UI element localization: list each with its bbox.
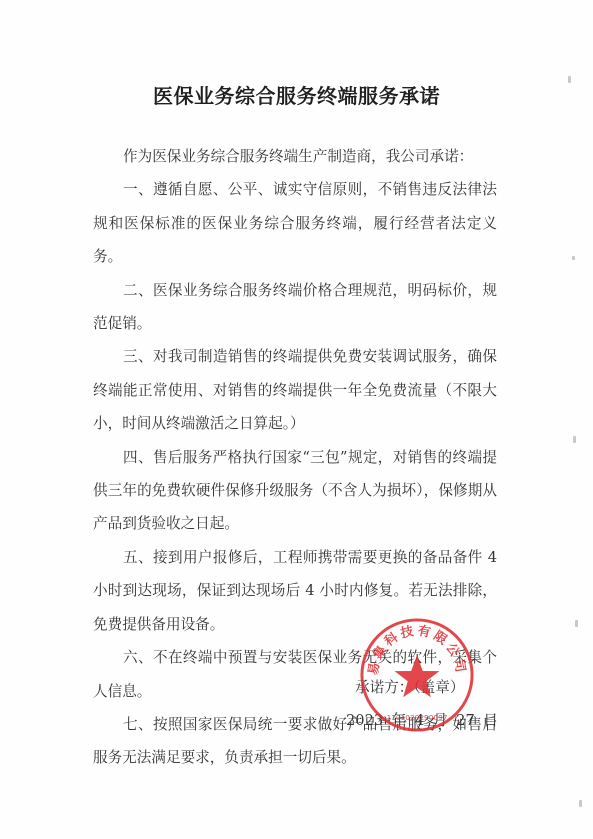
document-page: 医保业务综合服务终端服务承诺 作为医保业务综合服务终端生产制造商，我公司承诺： … [0, 0, 593, 839]
signature-line: 承诺方：（盖章） [355, 676, 464, 697]
edge-mark [572, 256, 575, 260]
paragraph-6: 六、不在终端中预置与安装医保业务无关的软件，采集个人信息。 [93, 641, 497, 708]
paragraph-2: 二、医保业务综合服务终端价格合理规范，明码标价，规范促销。 [93, 274, 497, 341]
edge-mark [573, 436, 576, 443]
edge-mark [579, 800, 582, 807]
paragraph-1: 一、遵循自愿、公平、诚实守信原则，不销售违反法律法规和医保标准的医保业务综合服务… [93, 173, 497, 273]
edge-mark [575, 620, 578, 627]
paragraph-3: 三、对我司制造销售的终端提供免费安装调试服务，确保终端能正常使用、对销售的终端提… [93, 340, 497, 440]
document-title: 医保业务综合服务终端服务承诺 [0, 80, 593, 109]
edge-mark [568, 76, 571, 83]
date-line: 2023 年 4 月 27 日 [346, 709, 498, 730]
paragraph-4: 四、售后服务严格执行国家“三包”规定，对销售的终端提供三年的免费软硬件保修升级服… [93, 441, 497, 541]
paragraph-5: 五、接到用户报修后，工程师携带需要更换的备品备件 4 小时到达现场，保证到达现场… [93, 541, 497, 641]
paragraph-intro: 作为医保业务综合服务终端生产制造商，我公司承诺： [93, 140, 497, 173]
